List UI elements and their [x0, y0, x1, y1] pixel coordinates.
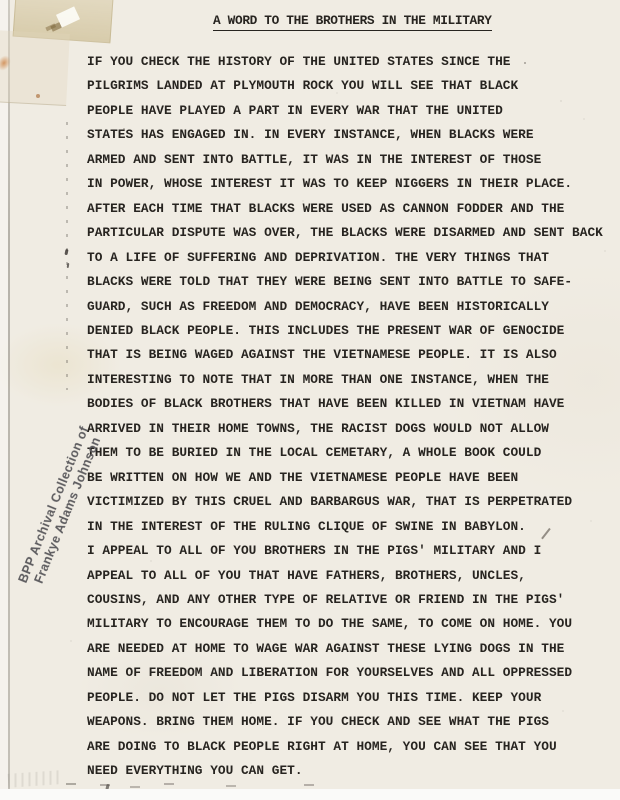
- paper-left-edge-line: [8, 0, 10, 789]
- dust-specks: [0, 0, 2, 2]
- scanner-background-strip: [0, 789, 620, 800]
- smudged-type-marks: [66, 783, 76, 785]
- scanned-page: A WORD TO THE BROTHERS IN THE MILITARY I…: [0, 0, 620, 800]
- paper-left-margin-strip: [0, 0, 8, 789]
- margin-dashed-line: [66, 122, 68, 390]
- rust-stain-dot: [36, 94, 40, 98]
- document-body-text: IF YOU CHECK THE HISTORY OF THE UNITED S…: [87, 50, 617, 784]
- tape-artifact-lower: [0, 30, 70, 106]
- document-title: A WORD TO THE BROTHERS IN THE MILITARY: [213, 13, 492, 31]
